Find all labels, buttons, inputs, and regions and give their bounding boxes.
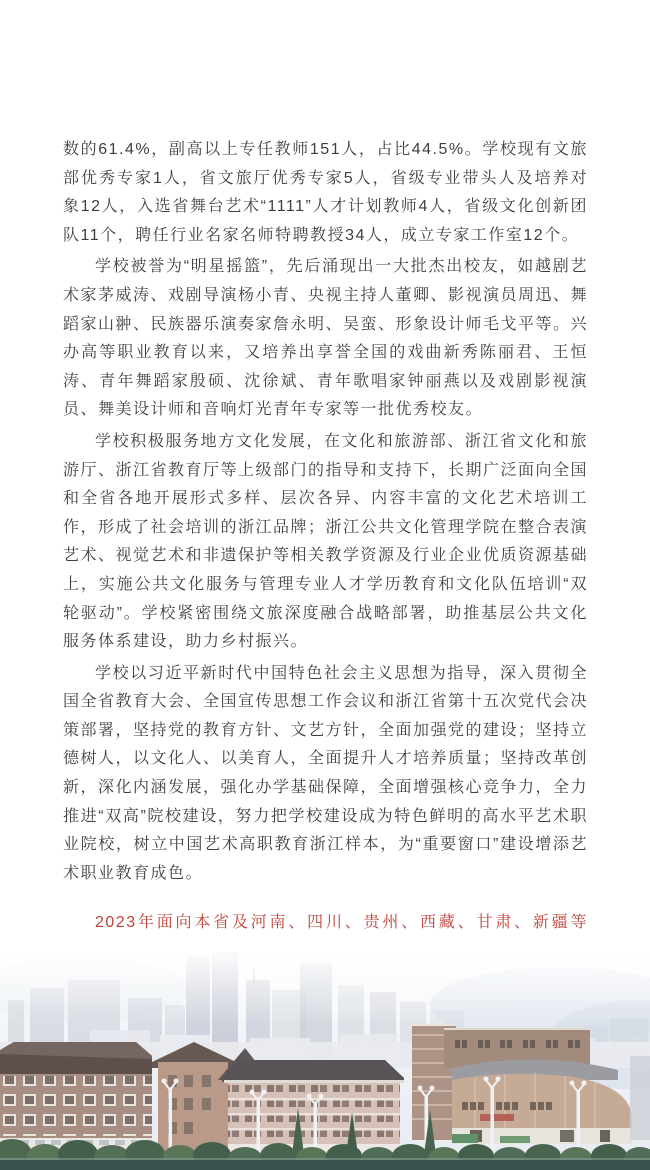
body-paragraph-1: 数的61.4%，副高以上专任教师151人，占比44.5%。学校现有文旅部优秀专家…	[63, 136, 588, 250]
body-paragraph-3: 学校积极服务地方文化发展，在文化和旅游部、浙江省文化和旅游厅、浙江省教育厅等上级…	[63, 428, 588, 657]
body-paragraph-4: 学校以习近平新时代中国特色社会主义思想为指导，深入贯彻全国全省教育大会、全国宣传…	[63, 660, 588, 889]
page: 数的61.4%，副高以上专任教师151人，占比44.5%。学校现有文旅部优秀专家…	[0, 0, 650, 1170]
article-text: 数的61.4%，副高以上专任教师151人，占比44.5%。学校现有文旅部优秀专家…	[63, 136, 588, 995]
campus-photo	[0, 930, 650, 1170]
body-paragraph-2: 学校被誉为“明星摇篮”，先后涌现出一大批杰出校友，如越剧艺术家茅威涛、戏剧导演杨…	[63, 253, 588, 425]
